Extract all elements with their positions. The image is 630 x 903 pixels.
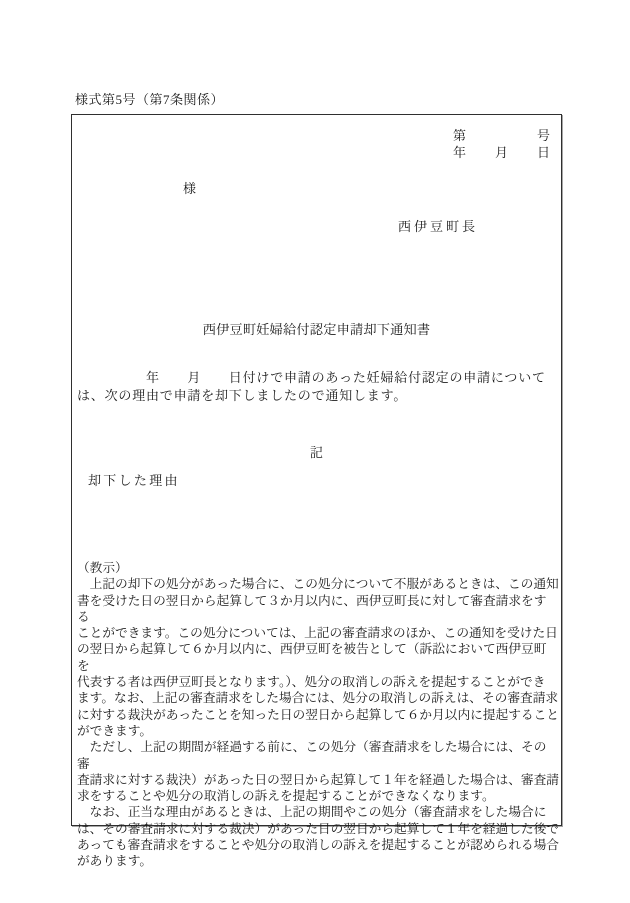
addressee-honorific: 様 — [183, 178, 196, 197]
document-title: 西伊豆町妊婦給付認定申請却下通知書 — [72, 319, 561, 338]
document-page: 様式第5号（第7条関係） 第 号 年 月 日 様 西伊豆町長 西伊豆町妊婦給付認… — [0, 0, 630, 903]
date-line: 年 月 日 — [453, 142, 551, 161]
issuer-name: 西伊豆町長 — [398, 216, 478, 235]
rejection-reason-label: 却下した理由 — [88, 470, 180, 489]
ki-heading: 記 — [72, 442, 561, 461]
notice-border-box: 第 号 年 月 日 様 西伊豆町長 西伊豆町妊婦給付認定申請却下通知書 年 月 … — [71, 114, 562, 826]
notification-body: 年 月 日付けで申請のあった妊婦給付認定の申請について は、次の理由で申請を却下… — [77, 369, 557, 404]
appeal-instructions: （教示） 上記の却下の処分があった場合に、この処分について不服があるときは、この… — [77, 560, 559, 870]
form-number-label: 様式第5号（第7条関係） — [75, 89, 224, 108]
